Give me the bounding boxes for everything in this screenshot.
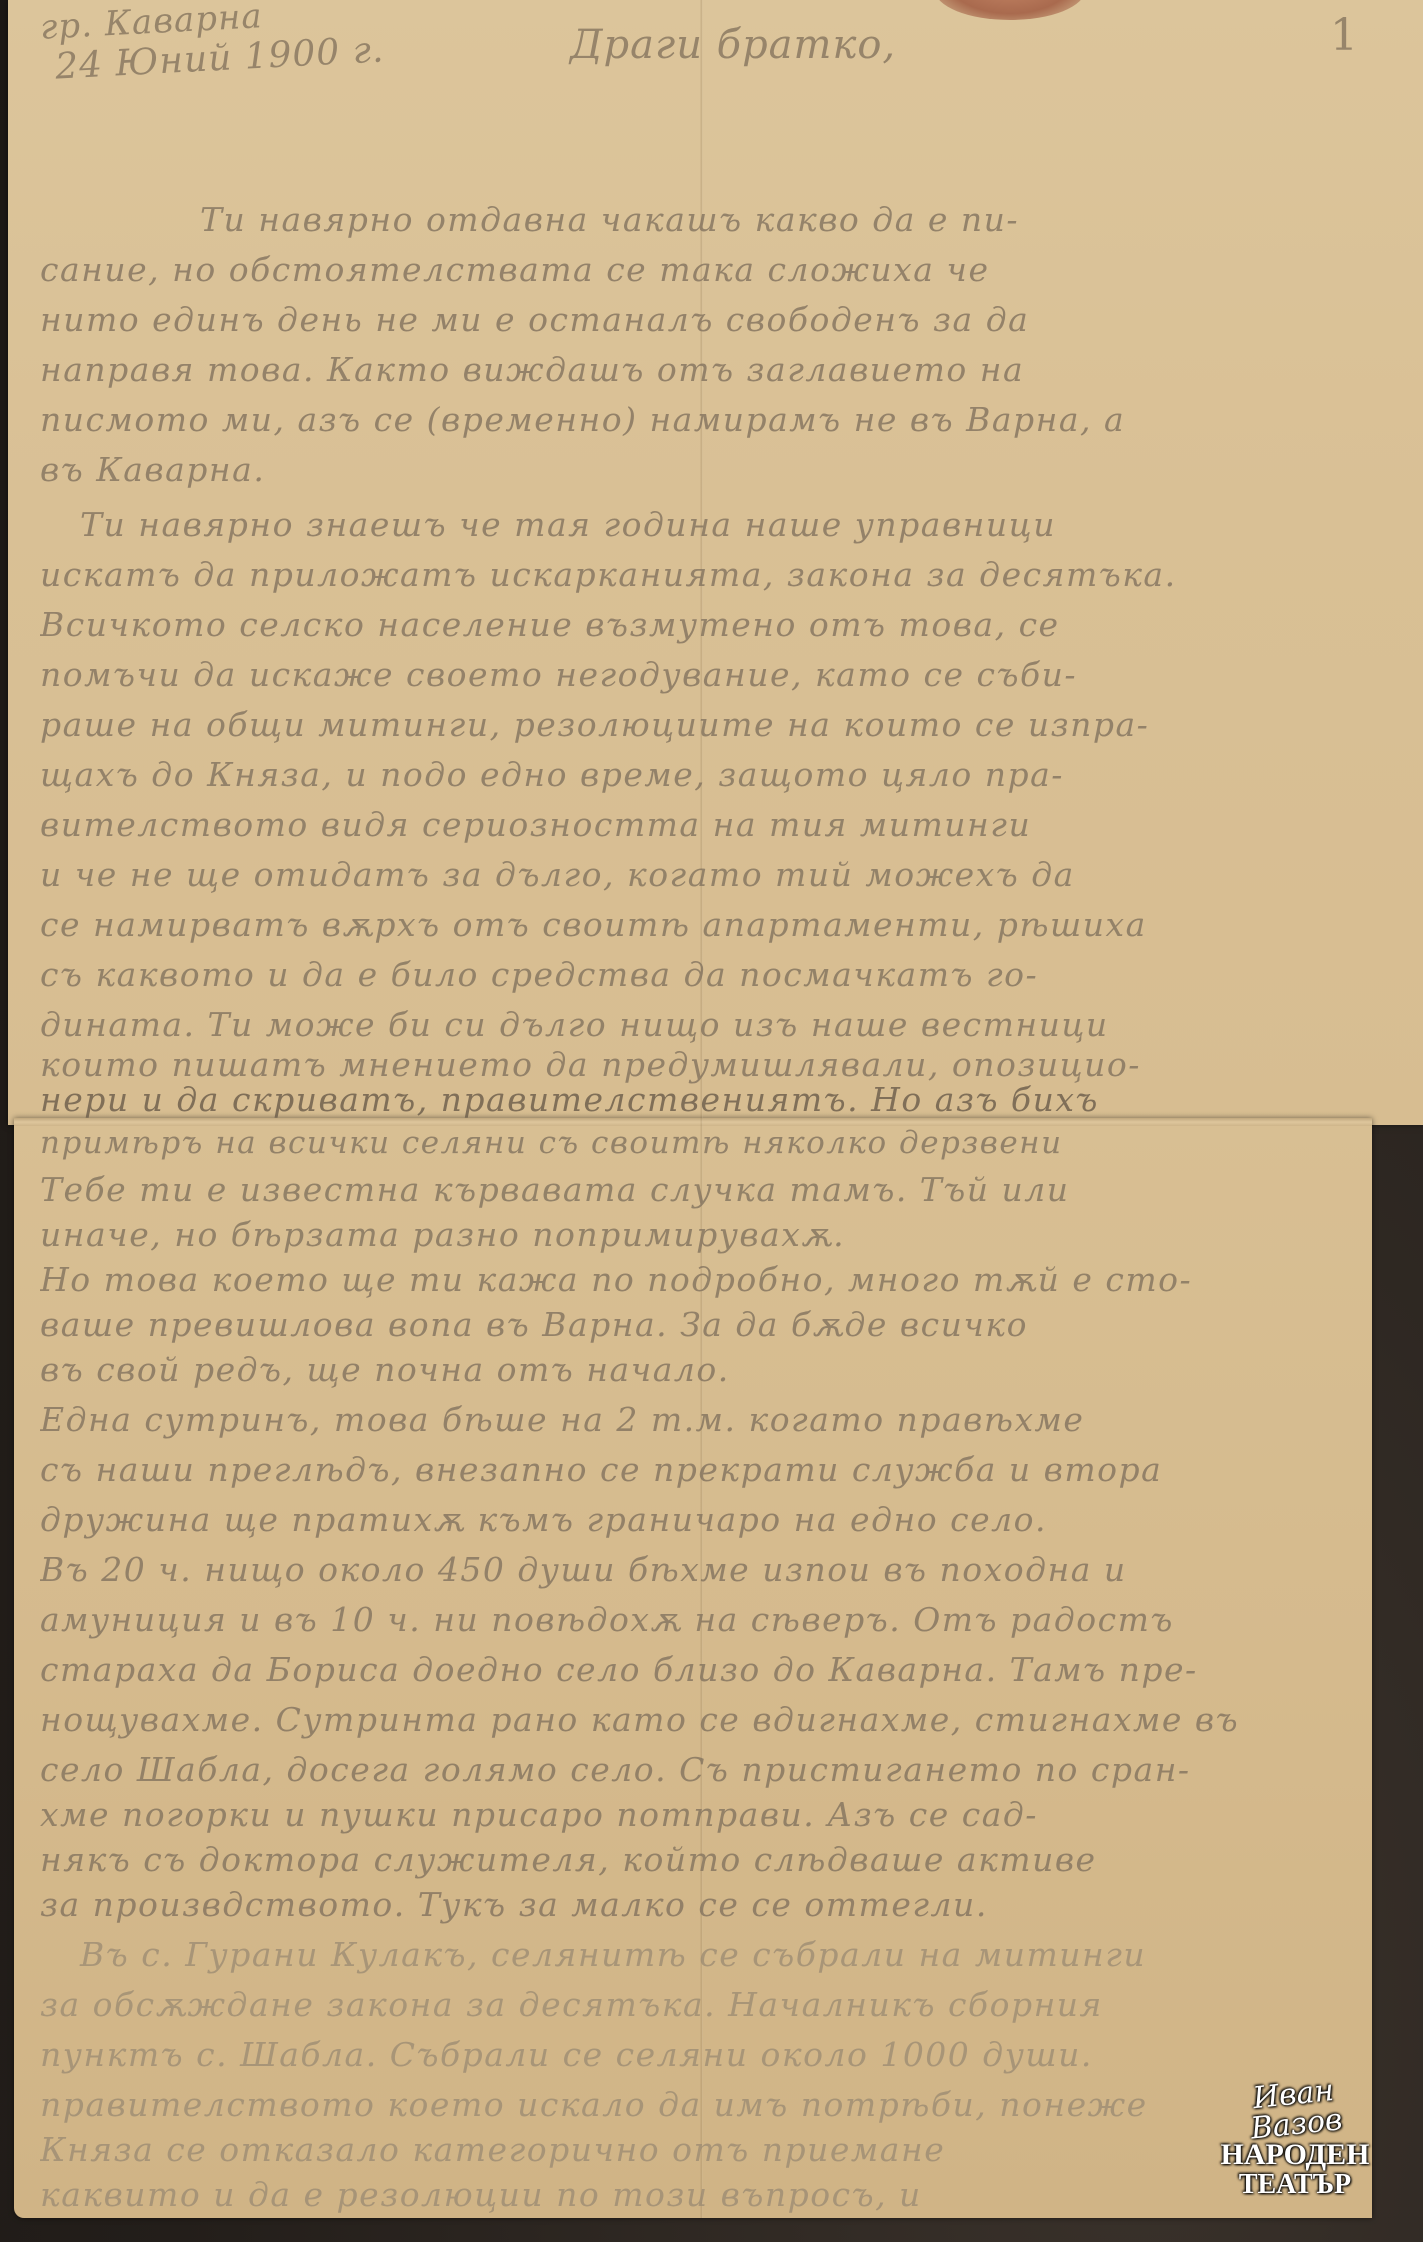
- letter-line: въ свой редъ, ще почна отъ начало.: [40, 1350, 1380, 1389]
- letter-line: сание, но обстоятелствата се така сложих…: [40, 250, 1380, 289]
- national-theatre-logo: Иван Вазов НАРОДЕН ТЕАТЪР: [1205, 2080, 1385, 2200]
- letter-line: дружина ще пратихѫ къмъ граничаро на едн…: [40, 1500, 1380, 1539]
- letter-line: въ Каварна.: [40, 450, 1380, 489]
- letter-line: Ти навярно отдавна чакашъ какво да е пи-: [40, 200, 1423, 239]
- letter-line: щахъ до Княза, и подо едно време, защото…: [40, 755, 1380, 794]
- letter-line: Всичкото селско население възмутено отъ …: [40, 605, 1380, 644]
- letter-line: Една сутринъ, това бѣше на 2 т.м. когато…: [40, 1400, 1380, 1439]
- letter-line: иначе, но бѣрзата разно попримирувахѫ.: [40, 1215, 1380, 1254]
- letter-line: ваше превишлова вопа въ Варна. За да бѫд…: [40, 1305, 1380, 1344]
- letter-line: искатъ да приложатъ искарканията, закона…: [40, 555, 1380, 594]
- letter-line: съ наши преглѣдъ, внезапно се прекрати с…: [40, 1450, 1380, 1489]
- letter-line: нери и да скриватъ, правителствениятъ. Н…: [40, 1080, 1380, 1119]
- letter-line: вителството видя сериозността на тия мит…: [40, 805, 1380, 844]
- letter-line: правителството което искало да имъ потрѣ…: [40, 2085, 1200, 2124]
- letter-line: стараха да Бориса доедно село близо до К…: [40, 1650, 1380, 1689]
- letter-line: Ти навярно знаешъ че тая година наше упр…: [40, 505, 1420, 544]
- letter-line: някъ съ доктора служителя, който слѣдваш…: [40, 1840, 1380, 1879]
- letter-line: се намирватъ вѫрхъ отъ своитѣ апартамент…: [40, 905, 1380, 944]
- page-number: 1: [1330, 10, 1359, 61]
- letter-line: и че не ще отидатъ за дълго, когато тий …: [40, 855, 1380, 894]
- letter-line: раше на общи митинги, резолюциите на кои…: [40, 705, 1380, 744]
- logo-word-teatar: ТЕАТЪР: [1205, 2170, 1385, 2200]
- letter-line: нощувахме. Сутринта рано като се вдигнах…: [40, 1700, 1380, 1739]
- letter-line: Княза се отказало категорично отъ приема…: [40, 2130, 1200, 2169]
- letter-line: нито единъ день не ми е останалъ свободе…: [40, 300, 1380, 339]
- letter-salutation: Драги братко,: [570, 22, 896, 68]
- letter-line: направя това. Както виждашъ отъ заглавие…: [40, 350, 1380, 389]
- letter-line: за обсѫждане закона за десятъка. Начални…: [40, 1985, 1380, 2024]
- letter-line: Въ 20 ч. нищо около 450 души бѣхме изпои…: [40, 1550, 1380, 1589]
- letter-line: хме погорки и пушки присаро потправи. Аз…: [40, 1795, 1380, 1834]
- letter-line: Но това което ще ти кажа по подробно, мн…: [40, 1260, 1380, 1299]
- letter-line: помъчи да искаже своето негодувание, кат…: [40, 655, 1380, 694]
- letter-line: примѣръ на всички селяни съ своитѣ някол…: [40, 1125, 1380, 1161]
- letter-line: за произвдството. Тукъ за малко се се от…: [40, 1885, 1380, 1924]
- letter-line: съ каквото и да е било средства да посма…: [40, 955, 1380, 994]
- letter-line: каквито и да е резолюции по този въпросъ…: [40, 2175, 1200, 2214]
- letter-line: село Шабла, досега голямо село. Съ прист…: [40, 1750, 1380, 1789]
- letter-line: пунктъ с. Шабла. Събрали се селяни около…: [40, 2035, 1380, 2074]
- letter-line: писмото ми, азъ се (временно) намирамъ н…: [40, 400, 1380, 439]
- letter-line: които пишатъ мнението да предумишлявали,…: [40, 1045, 1380, 1084]
- letter-line: Въ с. Гурани Кулакъ, селянитѣ се събрали…: [40, 1935, 1420, 1974]
- letter-line: дината. Ти може би си дълго нищо изъ наш…: [40, 1005, 1380, 1044]
- letter-line: Тебе ти е известна кървавата случка тамъ…: [40, 1170, 1380, 1209]
- letter-line: амуниция и въ 10 ч. ни повѣдохѫ на сѣвер…: [40, 1600, 1380, 1639]
